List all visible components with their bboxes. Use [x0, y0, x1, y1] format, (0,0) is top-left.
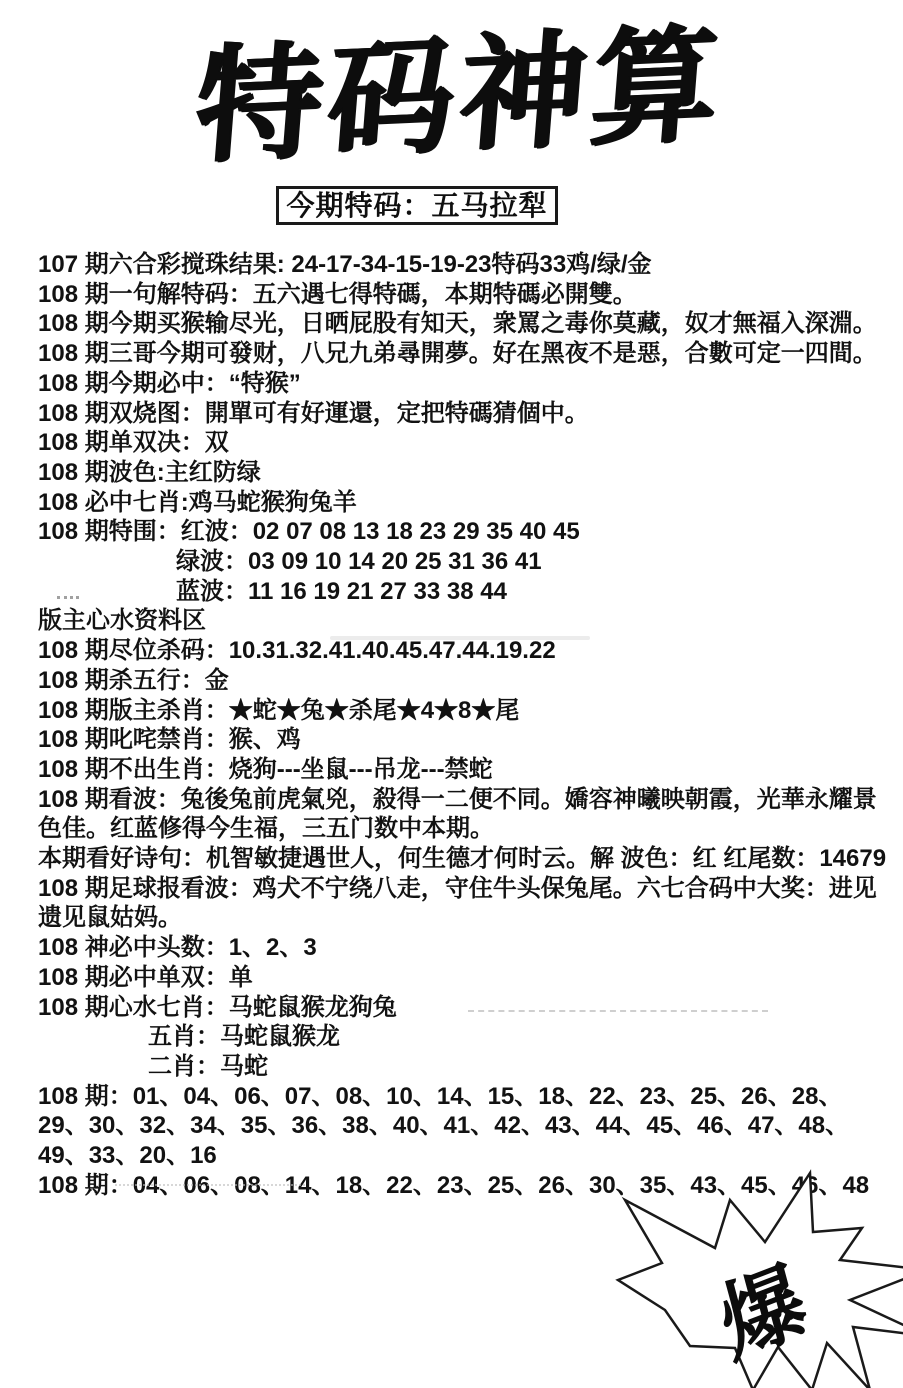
- text-line-forbidden-zodiac: 108 期叱咤禁肖：猴、鸡: [38, 725, 890, 755]
- text-line-wave-reading: 108 期看波：兔後兔前虎氣兇，殺得一二便不同。嬌容神曦映朝霞，光華永耀景色佳。…: [38, 785, 890, 844]
- text-line-absent-zodiac: 108 期不出生肖：烧狗---坐鼠---吊龙---禁蛇: [38, 755, 890, 785]
- text-line-must-odd: 108 期必中单双：单: [38, 963, 890, 993]
- tip-sheet-page: 特码神算 今期特码：五马拉犁 107 期六合彩搅珠结果: 24-17-34-15…: [0, 0, 903, 1388]
- starburst-icon: 爆: [595, 1168, 903, 1388]
- text-line-wave-color: 108 期波色:主红防绿: [38, 458, 890, 488]
- text-line-sentence-solve: 108 期一句解特码：五六遇七得特碼，本期特碼必開雙。: [38, 280, 890, 310]
- text-line-five-zodiac: 五肖：马蛇鼠猴龙: [148, 1022, 890, 1052]
- text-line-number-list-long: 108 期：01、04、06、07、08、10、14、15、18、22、23、2…: [38, 1082, 890, 1171]
- text-line-red-wave: 108 期特围：红波：02 07 08 13 18 23 29 35 40 45: [38, 517, 890, 547]
- prediction-text-block: 107 期六合彩搅珠结果: 24-17-34-15-19-23特码33鸡/绿/金…: [38, 250, 890, 1201]
- special-code-banner: 今期特码：五马拉犁: [276, 186, 558, 225]
- text-line-section-header: 版主心水资料区: [38, 606, 890, 636]
- text-line-verse-1: 108 期今期买猴输尽光，日晒屁股有知天，衆罵之毒你莫藏，奴才無福入深淵。: [38, 309, 890, 339]
- text-line-blue-wave: 蓝波：11 16 19 21 27 33 38 44: [176, 577, 890, 607]
- text-line-green-wave: 绿波：03 09 10 14 20 25 31 36 41: [176, 547, 890, 577]
- text-line-seven-zodiac: 108 必中七肖:鸡马蛇猴狗兔羊: [38, 488, 890, 518]
- text-line-kill-codes: 108 期尽位杀码：10.31.32.41.40.45.47.44.19.22: [38, 636, 890, 666]
- page-title: 特码神算: [135, 12, 785, 179]
- text-line-double-burn: 108 期双烧图：開單可有好運還，定把特碼猜個中。: [38, 399, 890, 429]
- text-line-kill-zodiac: 108 期版主杀肖：★蛇★兔★杀尾★4★8★尾: [38, 696, 890, 726]
- text-line-football-wave: 108 期足球报看波：鸡犬不宁绕八走，守住牛头保兔尾。六七合码中大奖：进见遗见鼠…: [38, 874, 890, 933]
- text-line-kill-element: 108 期杀五行：金: [38, 666, 890, 696]
- text-line-result-107: 107 期六合彩搅珠结果: 24-17-34-15-19-23特码33鸡/绿/金: [38, 250, 890, 280]
- text-line-lucky-poem: 本期看好诗句：机智敏捷遇世人，何生德才何时云。解 波色：红 红尾数：14679: [38, 844, 890, 874]
- text-line-must-hit: 108 期今期必中：“特猴”: [38, 369, 890, 399]
- text-line-two-zodiac: 二肖：马蛇: [148, 1052, 890, 1082]
- text-line-head-numbers: 108 神必中头数：1、2、3: [38, 933, 890, 963]
- text-line-odd-even: 108 期单双决：双: [38, 428, 890, 458]
- explosion-badge: 爆: [595, 1168, 903, 1388]
- text-line-verse-2: 108 期三哥今期可發财，八兄九弟尋開夢。好在黑夜不是惡，合數可定一四間。: [38, 339, 890, 369]
- text-line-heart-seven: 108 期心水七肖：马蛇鼠猴龙狗兔: [38, 993, 890, 1023]
